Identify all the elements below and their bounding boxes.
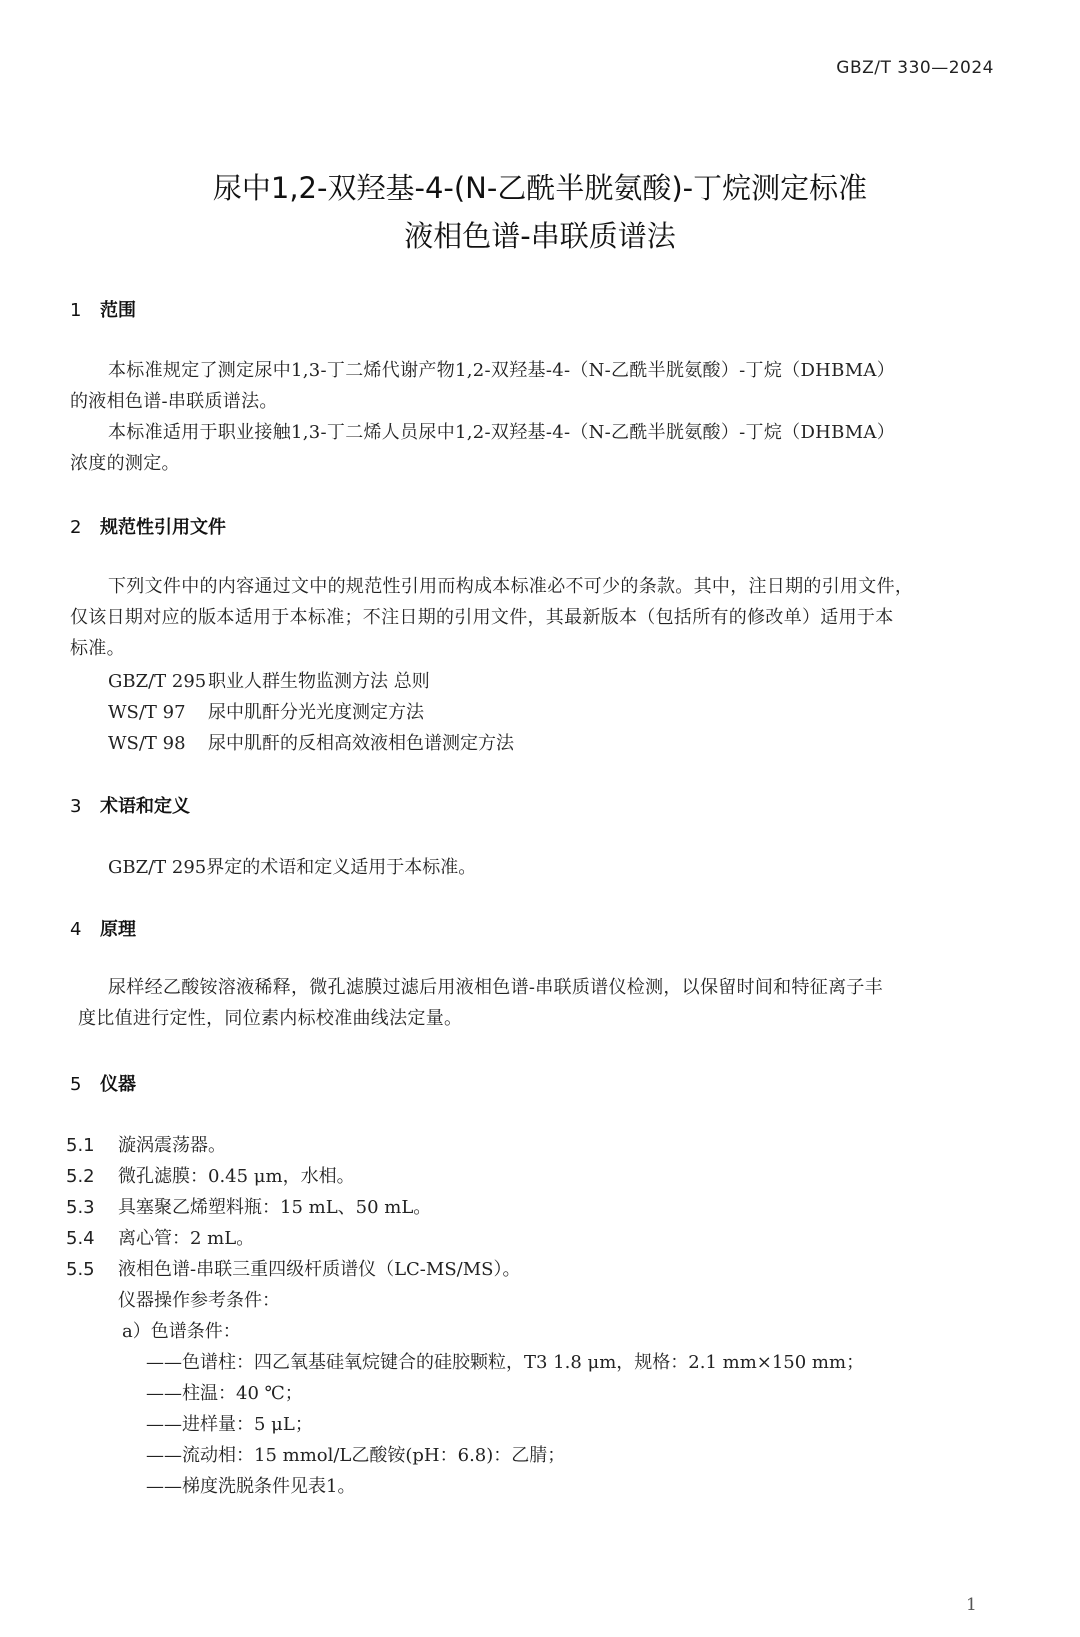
reference-code: GBZ/T 295 — [108, 671, 208, 692]
item-number: 5.1 — [66, 1135, 118, 1156]
section-number: 2 — [70, 517, 100, 538]
section-number: 4 — [70, 919, 100, 940]
paragraph-line: 尿样经乙酸铵溶液稀释，微孔滤膜过滤后用液相色谱-串联质谱仪检测，以保留时间和特征… — [70, 972, 1000, 1003]
condition-item: ——流动相：15 mmol/L乙酸铵(pH：6.8)：乙腈； — [146, 1441, 565, 1467]
item-number: 5.4 — [66, 1228, 118, 1249]
reference-code: WS/T 98 — [108, 733, 208, 754]
paragraph-line: 标准。 — [70, 633, 1000, 664]
section-4-heading: 4原理 — [70, 915, 136, 941]
normative-reference: WS/T 97尿中肌酐分光光度测定方法 — [108, 698, 424, 724]
section-1-paragraph: 本标准规定了测定尿中1,3-丁二烯代谢产物1,2-双羟基-4-（N-乙酰半胱氨酸… — [70, 355, 1000, 479]
section-2-heading: 2规范性引用文件 — [70, 513, 226, 539]
reference-conditions-label: 仪器操作参考条件： — [118, 1286, 280, 1312]
instrument-item: 5.3具塞聚乙烯塑料瓶：15 mL、50 mL。 — [66, 1193, 431, 1219]
section-3-paragraph: GBZ/T 295界定的术语和定义适用于本标准。 — [108, 853, 476, 879]
paragraph-line: 仅该日期对应的版本适用于本标准；不注日期的引用文件，其最新版本（包括所有的修改单… — [70, 602, 1000, 633]
paragraph-line: 本标准规定了测定尿中1,3-丁二烯代谢产物1,2-双羟基-4-（N-乙酰半胱氨酸… — [70, 355, 1000, 386]
paragraph-line: 下列文件中的内容通过文中的规范性引用而构成本标准必不可少的条款。其中，注日期的引… — [70, 571, 1000, 602]
section-1-heading: 1范围 — [70, 296, 136, 322]
item-text: 具塞聚乙烯塑料瓶：15 mL、50 mL。 — [118, 1197, 431, 1218]
standard-code: GBZ/T 330—2024 — [836, 58, 994, 78]
section-title: 规范性引用文件 — [100, 517, 226, 538]
normative-reference: WS/T 98尿中肌酐的反相高效液相色谱测定方法 — [108, 729, 514, 755]
paragraph-line: 浓度的测定。 — [70, 448, 1000, 479]
reference-title: 尿中肌酐分光光度测定方法 — [208, 702, 424, 723]
section-4-paragraph: 尿样经乙酸铵溶液稀释，微孔滤膜过滤后用液相色谱-串联质谱仪检测，以保留时间和特征… — [70, 972, 1000, 1034]
item-text: 离心管：2 mL。 — [118, 1228, 254, 1249]
section-5-heading: 5仪器 — [70, 1070, 136, 1096]
condition-item: ——进样量：5 μL； — [146, 1410, 313, 1436]
section-2-paragraph: 下列文件中的内容通过文中的规范性引用而构成本标准必不可少的条款。其中，注日期的引… — [70, 571, 1000, 664]
section-title: 术语和定义 — [100, 796, 190, 817]
reference-code: WS/T 97 — [108, 702, 208, 723]
section-3-heading: 3术语和定义 — [70, 792, 190, 818]
instrument-item: 5.5液相色谱-串联三重四级杆质谱仪（LC-MS/MS）。 — [66, 1255, 520, 1281]
instrument-item: 5.2微孔滤膜：0.45 μm，水相。 — [66, 1162, 355, 1188]
page-number: 1 — [966, 1595, 977, 1615]
section-title: 原理 — [100, 919, 136, 940]
item-text: 微孔滤膜：0.45 μm，水相。 — [118, 1166, 355, 1187]
document-title-line-2: 液相色谱-串联质谱法 — [0, 214, 1080, 255]
item-number: 5.3 — [66, 1197, 118, 1218]
document-title-line-1: 尿中1,2-双羟基-4-(N-乙酰半胱氨酸)-丁烷测定标准 — [0, 166, 1080, 207]
section-number: 3 — [70, 796, 100, 817]
section-title: 仪器 — [100, 1074, 136, 1095]
reference-title: 职业人群生物监测方法 总则 — [208, 671, 430, 692]
instrument-item: 5.4离心管：2 mL。 — [66, 1224, 254, 1250]
item-text: 液相色谱-串联三重四级杆质谱仪（LC-MS/MS）。 — [118, 1259, 520, 1280]
normative-reference: GBZ/T 295职业人群生物监测方法 总则 — [108, 667, 430, 693]
item-number: 5.2 — [66, 1166, 118, 1187]
section-number: 5 — [70, 1074, 100, 1095]
condition-item: ——柱温：40 ℃； — [146, 1379, 303, 1405]
instrument-item: 5.1漩涡震荡器。 — [66, 1131, 226, 1157]
paragraph-line: 本标准适用于职业接触1,3-丁二烯人员尿中1,2-双羟基-4-（N-乙酰半胱氨酸… — [70, 417, 1000, 448]
section-number: 1 — [70, 300, 100, 321]
reference-title: 尿中肌酐的反相高效液相色谱测定方法 — [208, 733, 514, 754]
chromatography-conditions-label: a）色谱条件： — [122, 1317, 241, 1343]
paragraph-line: 度比值进行定性，同位素内标校准曲线法定量。 — [70, 1003, 1000, 1034]
condition-item: ——色谱柱：四乙氧基硅氧烷键合的硅胶颗粒，T3 1.8 μm，规格：2.1 mm… — [146, 1348, 864, 1374]
section-title: 范围 — [100, 300, 136, 321]
item-number: 5.5 — [66, 1259, 118, 1280]
paragraph-line: 的液相色谱-串联质谱法。 — [70, 386, 1000, 417]
condition-item: ——梯度洗脱条件见表1。 — [146, 1472, 355, 1498]
item-text: 漩涡震荡器。 — [118, 1135, 226, 1156]
